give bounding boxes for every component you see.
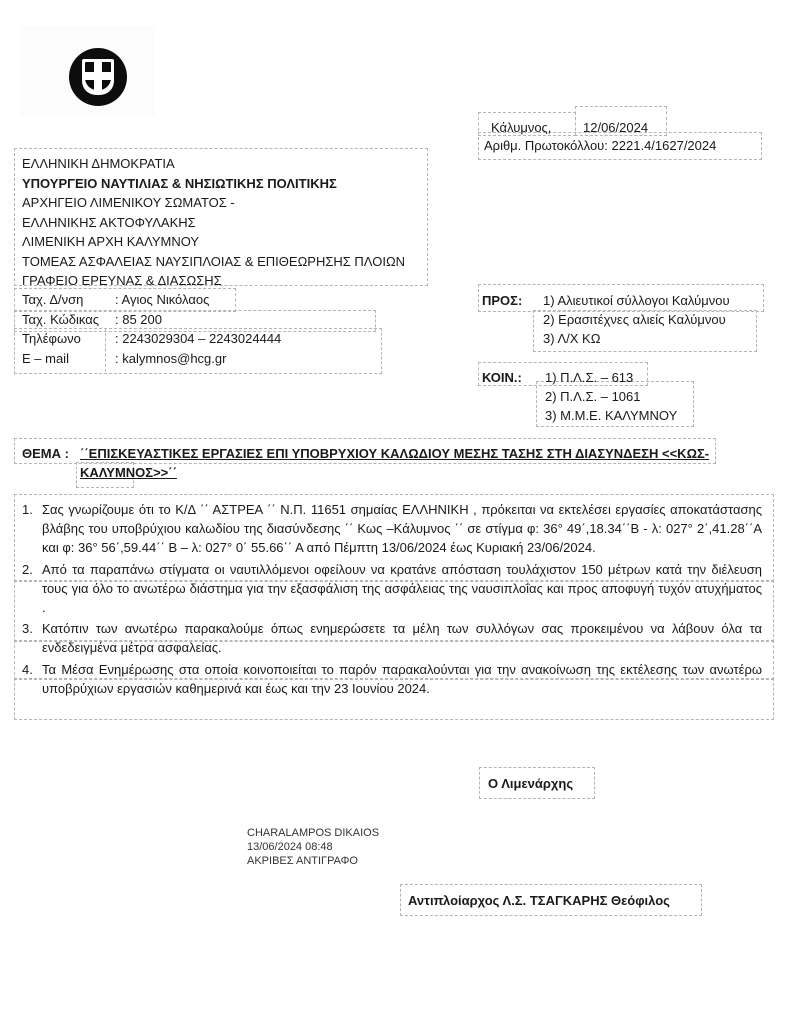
to-recipient: 1) Αλιευτικοί σύλλογοι Καλύμνου [543,291,730,310]
cc-recipient: 1) Π.Λ.Σ. – 613 [545,368,677,387]
cc-recipient: 2) Π.Λ.Σ. – 1061 [545,387,677,406]
header-line-ministry: ΥΠΟΥΡΓΕΙΟ ΝΑΥΤΙΛΙΑΣ & ΝΗΣΙΩΤΙΚΗΣ ΠΟΛΙΤΙΚ… [22,174,405,194]
header-line: ΕΛΛΗΝΙΚΗΣ ΑΚΤΟΦΥΛΑΚΗΣ [22,213,405,233]
subject-text: ΄΄ΕΠΙΣΚΕΥΑΣΤΙΚΕΣ ΕΡΓΑΣΙΕΣ ΕΠΙ ΥΠΟΒΡΥΧΙΟΥ… [80,444,730,482]
to-list: 1) Αλιευτικοί σύλλογοι Καλύμνου 2) Ερασι… [543,291,730,348]
digital-signature-stamp: CHARALAMPOS DIKAIOS 13/06/2024 08:48 ΑΚΡ… [247,826,379,868]
cc-recipient: 3) Μ.Μ.Ε. ΚΑΛΥΜΝΟΥ [545,406,677,425]
protocol-label: Αριθμ. Πρωτοκόλλου: [484,138,608,153]
cc-label: ΚΟΙΝ.: [482,368,522,387]
body-paragraph-2: 2. Από τα παραπάνω στίγματα οι ναυτιλλόμ… [22,560,762,618]
letter-body: 1. Σας γνωρίζουμε ότι το Κ/Δ ΄΄ ΑΣΤΡΕΑ ΄… [22,500,762,700]
body-paragraph-3: 3. Κατόπιν των ανωτέρω παρακαλούμε όπως … [22,619,762,657]
stamp-timestamp: 13/06/2024 08:48 [247,840,379,854]
protocol-value: 2221.4/1627/2024 [612,138,717,153]
stamp-signer: CHARALAMPOS DIKAIOS [247,826,379,840]
greek-coat-of-arms-icon [69,48,127,106]
header-line: ΛΙΜΕΝΙΚΗ ΑΡΧΗ ΚΑΛΥΜΝΟΥ [22,232,405,252]
cc-list: 1) Π.Λ.Σ. – 613 2) Π.Λ.Σ. – 1061 3) Μ.Μ.… [545,368,677,425]
subject-label: ΘΕΜΑ : [22,444,69,463]
to-recipient: 2) Ερασιτέχνες αλιείς Καλύμνου [543,310,730,329]
body-paragraph-4: 4. Τα Μέσα Ενημέρωσης στα οποία κοινοποι… [22,660,762,698]
place-label: Κάλυμνος, [491,118,551,137]
signature-title: Ο Λιμενάρχης [488,774,573,793]
body-paragraph-1: 1. Σας γνωρίζουμε ότι το Κ/Δ ΄΄ ΑΣΤΡΕΑ ΄… [22,500,762,558]
header-line: ΤΟΜΕΑΣ ΑΣΦΑΛΕΙΑΣ ΝΑΥΣΙΠΛΟΙΑΣ & ΕΠΙΘΕΩΡΗΣ… [22,252,405,272]
signer-name: Αντιπλοίαρχος Λ.Σ. ΤΣΑΓΚΑΡΗΣ Θεόφιλος [408,891,670,910]
header-line: ΑΡΧΗΓΕΙΟ ΛΙΜΕΝΙΚΟΥ ΣΩΜΑΤΟΣ - [22,193,405,213]
to-recipient: 3) Λ/Χ ΚΩ [543,329,730,348]
email-link[interactable]: : kalymnos@hcg.gr [115,349,226,369]
issuer-header: ΕΛΛΗΝΙΚΗ ΔΗΜΟΚΡΑΤΙΑ ΥΠΟΥΡΓΕΙΟ ΝΑΥΤΙΛΙΑΣ … [22,154,405,291]
dashed-divider [105,328,106,372]
header-line: ΕΛΛΗΝΙΚΗ ΔΗΜΟΚΡΑΤΙΑ [22,154,405,174]
document-date: 12/06/2024 [583,118,648,137]
to-label: ΠΡΟΣ: [482,291,522,310]
stamp-certification: ΑΚΡΙΒΕΣ ΑΝΤΙΓΡΑΦΟ [247,854,379,868]
protocol-number: Αριθμ. Πρωτοκόλλου: 2221.4/1627/2024 [484,136,716,155]
